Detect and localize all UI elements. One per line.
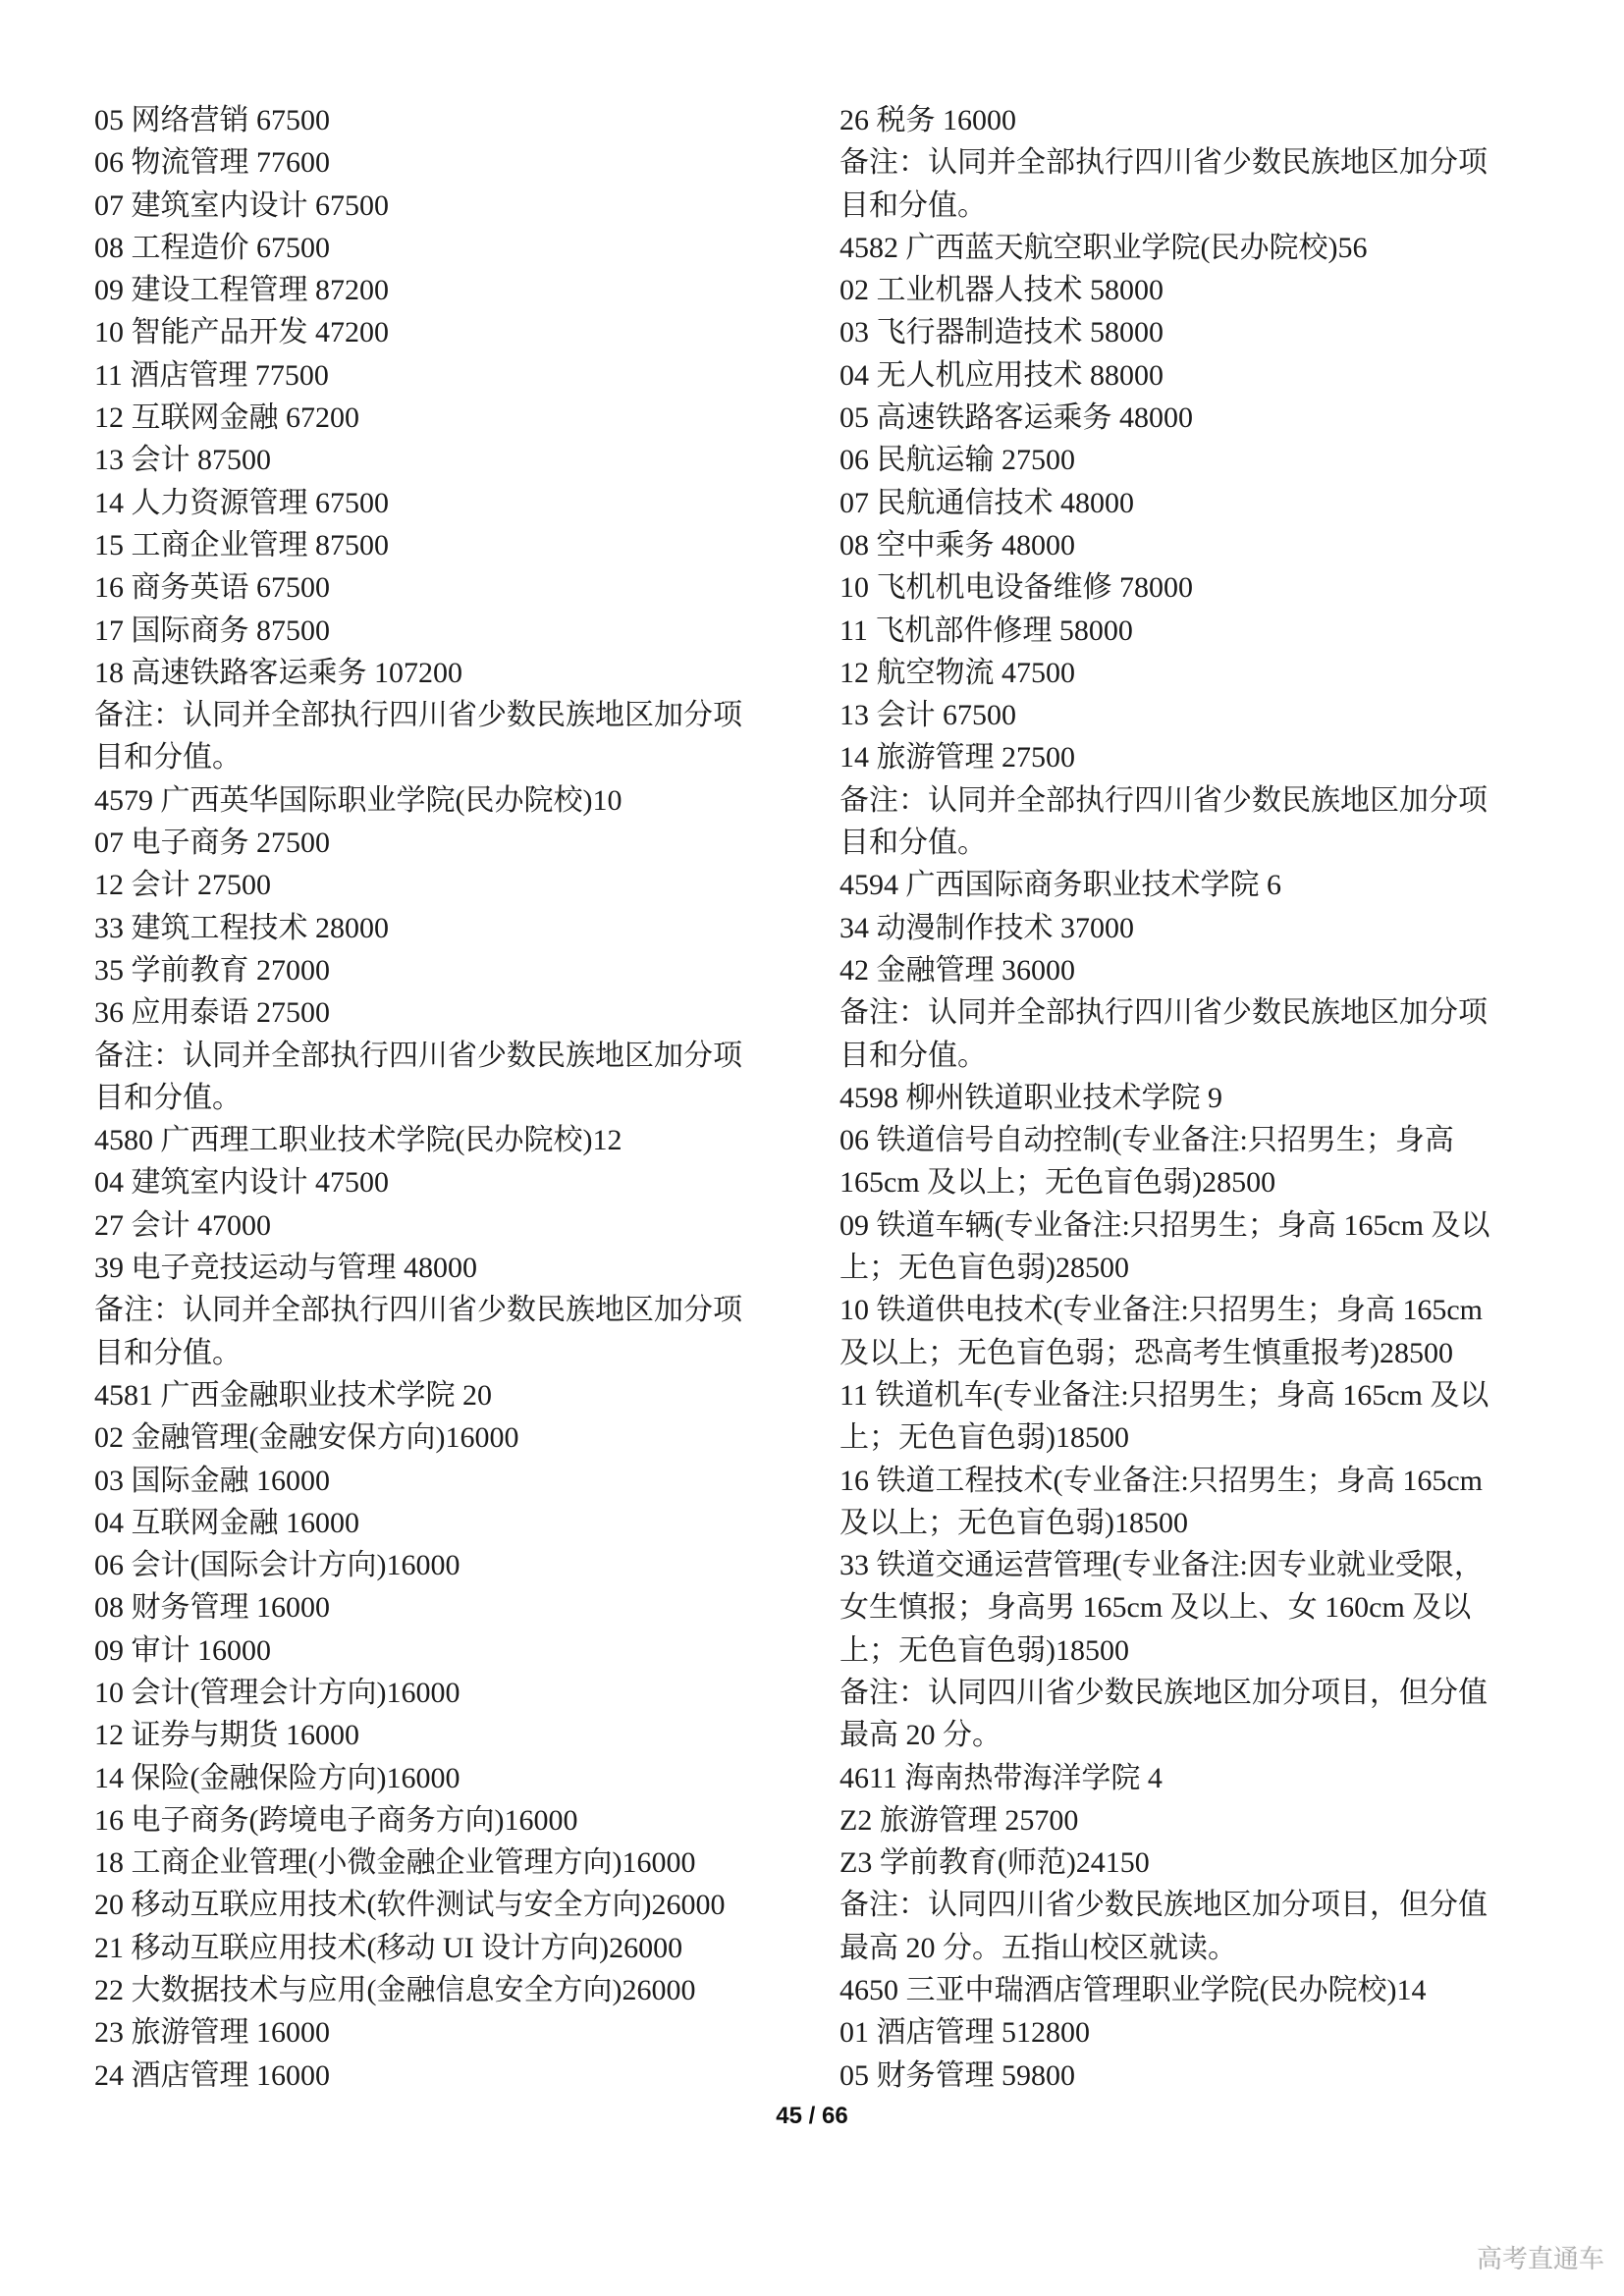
text-line: 23 旅游管理 16000 bbox=[94, 2011, 796, 2054]
text-line: 06 民航运输 27500 bbox=[839, 439, 1546, 481]
text-line: 18 工商企业管理(小微金融企业管理方向)16000 bbox=[94, 1842, 796, 1884]
text-line: 24 酒店管理 16000 bbox=[94, 2055, 796, 2097]
text-line: 备注：认同并全部执行四川省少数民族地区加分项 bbox=[94, 1035, 796, 1077]
text-line: 14 人力资源管理 67500 bbox=[94, 482, 796, 524]
text-line: 06 物流管理 77600 bbox=[94, 141, 796, 184]
text-line: 目和分值。 bbox=[839, 185, 1546, 227]
text-line: 39 电子竞技运动与管理 48000 bbox=[94, 1247, 796, 1289]
text-line: 26 税务 16000 bbox=[839, 99, 1546, 141]
text-line: 4598 柳州铁道职业技术学院 9 bbox=[839, 1077, 1546, 1119]
text-line: 女生慎报；身高男 165cm 及以上、女 160cm 及以 bbox=[839, 1586, 1546, 1629]
text-line: 备注：认同四川省少数民族地区加分项目，但分值 bbox=[839, 1884, 1546, 1926]
text-line: 目和分值。 bbox=[839, 1035, 1546, 1077]
text-line: 13 会计 87500 bbox=[94, 439, 796, 481]
right-text-column: 26 税务 16000备注：认同并全部执行四川省少数民族地区加分项目和分值。45… bbox=[839, 99, 1546, 2097]
text-line: Z2 旅游管理 25700 bbox=[839, 1799, 1546, 1842]
text-line: 17 国际商务 87500 bbox=[94, 610, 796, 652]
text-line: 04 建筑室内设计 47500 bbox=[94, 1161, 796, 1203]
text-line: 16 电子商务(跨境电子商务方向)16000 bbox=[94, 1799, 796, 1842]
text-line: 12 航空物流 47500 bbox=[839, 652, 1546, 694]
text-line: 最高 20 分。五指山校区就读。 bbox=[839, 1927, 1546, 1969]
text-line: 12 会计 27500 bbox=[94, 864, 796, 906]
text-line: 备注：认同并全部执行四川省少数民族地区加分项 bbox=[839, 991, 1546, 1034]
text-line: 4650 三亚中瑞酒店管理职业学院(民办院校)14 bbox=[839, 1969, 1546, 2011]
text-line: 及以上；无色盲色弱)18500 bbox=[839, 1502, 1546, 1544]
text-line: 09 建设工程管理 87200 bbox=[94, 269, 796, 311]
text-line: 05 网络营销 67500 bbox=[94, 99, 796, 141]
text-line: 20 移动互联应用技术(软件测试与安全方向)26000 bbox=[94, 1884, 796, 1926]
text-line: 15 工商企业管理 87500 bbox=[94, 524, 796, 566]
text-line: 11 铁道机车(专业备注:只招男生；身高 165cm 及以 bbox=[839, 1374, 1546, 1416]
text-line: 07 建筑室内设计 67500 bbox=[94, 185, 796, 227]
text-line: 备注：认同并全部执行四川省少数民族地区加分项 bbox=[94, 694, 796, 736]
text-line: 目和分值。 bbox=[94, 1077, 796, 1119]
text-line: 01 酒店管理 512800 bbox=[839, 2011, 1546, 2054]
text-line: 最高 20 分。 bbox=[839, 1714, 1546, 1756]
text-line: 22 大数据技术与应用(金融信息安全方向)26000 bbox=[94, 1969, 796, 2011]
text-line: 10 会计(管理会计方向)16000 bbox=[94, 1672, 796, 1714]
text-line: 42 金融管理 36000 bbox=[839, 949, 1546, 991]
text-line: 13 会计 67500 bbox=[839, 694, 1546, 736]
text-line: 18 高速铁路客运乘务 107200 bbox=[94, 652, 796, 694]
text-line: 08 工程造价 67500 bbox=[94, 227, 796, 269]
text-line: 36 应用泰语 27500 bbox=[94, 991, 796, 1034]
text-line: 备注：认同并全部执行四川省少数民族地区加分项 bbox=[94, 1289, 796, 1331]
text-line: 备注：认同并全部执行四川省少数民族地区加分项 bbox=[839, 779, 1546, 822]
text-line: 05 高速铁路客运乘务 48000 bbox=[839, 397, 1546, 439]
text-line: 14 旅游管理 27500 bbox=[839, 736, 1546, 778]
text-line: 及以上；无色盲色弱；恐高考生慎重报考)28500 bbox=[839, 1332, 1546, 1374]
text-line: 165cm 及以上；无色盲色弱)28500 bbox=[839, 1161, 1546, 1203]
text-line: 21 移动互联应用技术(移动 UI 设计方向)26000 bbox=[94, 1927, 796, 1969]
text-line: 06 会计(国际会计方向)16000 bbox=[94, 1544, 796, 1586]
text-line: 目和分值。 bbox=[839, 822, 1546, 864]
text-line: 11 飞机部件修理 58000 bbox=[839, 610, 1546, 652]
text-line: 目和分值。 bbox=[94, 1332, 796, 1374]
text-line: 14 保险(金融保险方向)16000 bbox=[94, 1757, 796, 1799]
text-line: 12 互联网金融 67200 bbox=[94, 397, 796, 439]
text-line: 10 铁道供电技术(专业备注:只招男生；身高 165cm bbox=[839, 1289, 1546, 1331]
text-line: 09 审计 16000 bbox=[94, 1629, 796, 1672]
text-line: 10 智能产品开发 47200 bbox=[94, 311, 796, 353]
text-line: 07 民航通信技术 48000 bbox=[839, 482, 1546, 524]
text-line: 4580 广西理工职业技术学院(民办院校)12 bbox=[94, 1119, 796, 1161]
text-line: 4582 广西蓝天航空职业学院(民办院校)56 bbox=[839, 227, 1546, 269]
text-line: 02 金融管理(金融安保方向)16000 bbox=[94, 1416, 796, 1459]
text-line: 目和分值。 bbox=[94, 736, 796, 778]
text-line: 备注：认同四川省少数民族地区加分项目，但分值 bbox=[839, 1672, 1546, 1714]
text-line: 04 互联网金融 16000 bbox=[94, 1502, 796, 1544]
text-line: 上；无色盲色弱)28500 bbox=[839, 1247, 1546, 1289]
document-page: 05 网络营销 6750006 物流管理 7760007 建筑室内设计 6750… bbox=[0, 0, 1624, 2296]
text-line: 上；无色盲色弱)18500 bbox=[839, 1629, 1546, 1672]
text-line: 05 财务管理 59800 bbox=[839, 2055, 1546, 2097]
text-line: 35 学前教育 27000 bbox=[94, 949, 796, 991]
watermark: 高考直通车 bbox=[1477, 2239, 1604, 2275]
text-line: 4594 广西国际商务职业技术学院 6 bbox=[839, 864, 1546, 906]
text-line: 上；无色盲色弱)18500 bbox=[839, 1416, 1546, 1459]
text-line: 16 商务英语 67500 bbox=[94, 566, 796, 609]
text-line: 09 铁道车辆(专业备注:只招男生；身高 165cm 及以 bbox=[839, 1204, 1546, 1247]
text-line: 06 铁道信号自动控制(专业备注:只招男生；身高 bbox=[839, 1119, 1546, 1161]
text-line: 02 工业机器人技术 58000 bbox=[839, 269, 1546, 311]
text-line: 27 会计 47000 bbox=[94, 1204, 796, 1247]
text-line: 34 动漫制作技术 37000 bbox=[839, 907, 1546, 949]
text-line: Z3 学前教育(师范)24150 bbox=[839, 1842, 1546, 1884]
text-line: 备注：认同并全部执行四川省少数民族地区加分项 bbox=[839, 141, 1546, 184]
left-text-column: 05 网络营销 6750006 物流管理 7760007 建筑室内设计 6750… bbox=[94, 99, 796, 2097]
text-line: 4579 广西英华国际职业学院(民办院校)10 bbox=[94, 779, 796, 822]
text-line: 03 飞行器制造技术 58000 bbox=[839, 311, 1546, 353]
text-line: 07 电子商务 27500 bbox=[94, 822, 796, 864]
text-line: 12 证券与期货 16000 bbox=[94, 1714, 796, 1756]
text-line: 03 国际金融 16000 bbox=[94, 1460, 796, 1502]
text-line: 4581 广西金融职业技术学院 20 bbox=[94, 1374, 796, 1416]
text-line: 10 飞机机电设备维修 78000 bbox=[839, 566, 1546, 609]
text-line: 33 建筑工程技术 28000 bbox=[94, 907, 796, 949]
text-line: 4611 海南热带海洋学院 4 bbox=[839, 1757, 1546, 1799]
text-line: 16 铁道工程技术(专业备注:只招男生；身高 165cm bbox=[839, 1460, 1546, 1502]
text-line: 33 铁道交通运营管理(专业备注:因专业就业受限， bbox=[839, 1544, 1546, 1586]
text-line: 04 无人机应用技术 88000 bbox=[839, 354, 1546, 397]
page-number: 45 / 66 bbox=[0, 2103, 1624, 2130]
text-line: 08 空中乘务 48000 bbox=[839, 524, 1546, 566]
text-line: 08 财务管理 16000 bbox=[94, 1586, 796, 1629]
text-line: 11 酒店管理 77500 bbox=[94, 354, 796, 397]
